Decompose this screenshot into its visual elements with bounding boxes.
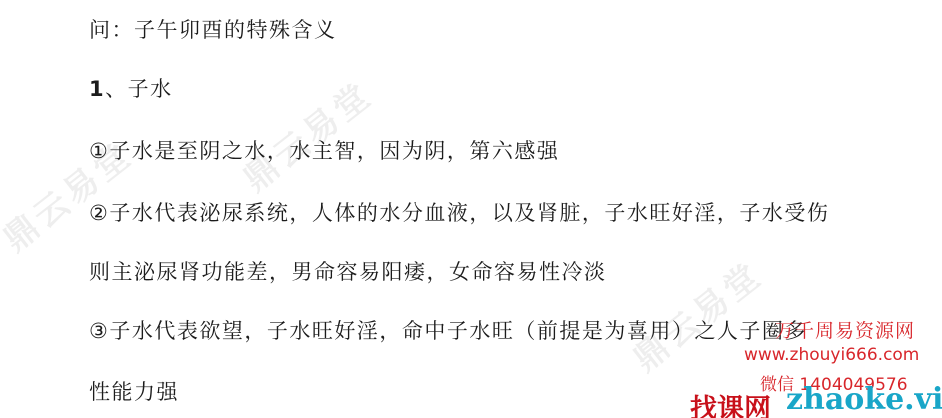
paragraph: 则主泌尿肾功能差，男命容易阳痿，女命容易性冷淡 [89,259,607,285]
paragraph: 性能力强 [89,379,179,405]
section-heading: 1、子水 [89,76,173,102]
watermark-brand-url: zhaoke.vip [786,382,942,417]
document-title: 问：子午卯酉的特殊含义 [89,17,337,43]
watermark-brand-cn: 找课网 [690,387,771,418]
paragraph: ③子水代表欲望，子水旺好淫，命中子水旺（前提是为喜用）之人子圈多 [89,318,807,344]
section-heading-text: 、子水 [105,77,173,101]
document-page: 鼎云易堂 鼎云易堂 鼎云易堂 问：子午卯酉的特殊含义 1、子水 ①子水是至阴之水… [0,0,942,418]
background-watermark: 鼎云易堂 [621,248,771,380]
background-watermark: 鼎云易堂 [231,68,381,200]
paragraph: ②子水代表泌尿系统，人体的水分血液，以及肾脏，子水旺好淫，子水受伤 [89,200,829,226]
watermark-site-url: www.zhouyi666.com [744,345,919,365]
paragraph: ①子水是至阴之水，水主智，因为阴，第六感强 [89,138,559,164]
watermark-wechat: 微信 1404049576 [760,370,908,395]
section-number: 1 [89,77,105,101]
